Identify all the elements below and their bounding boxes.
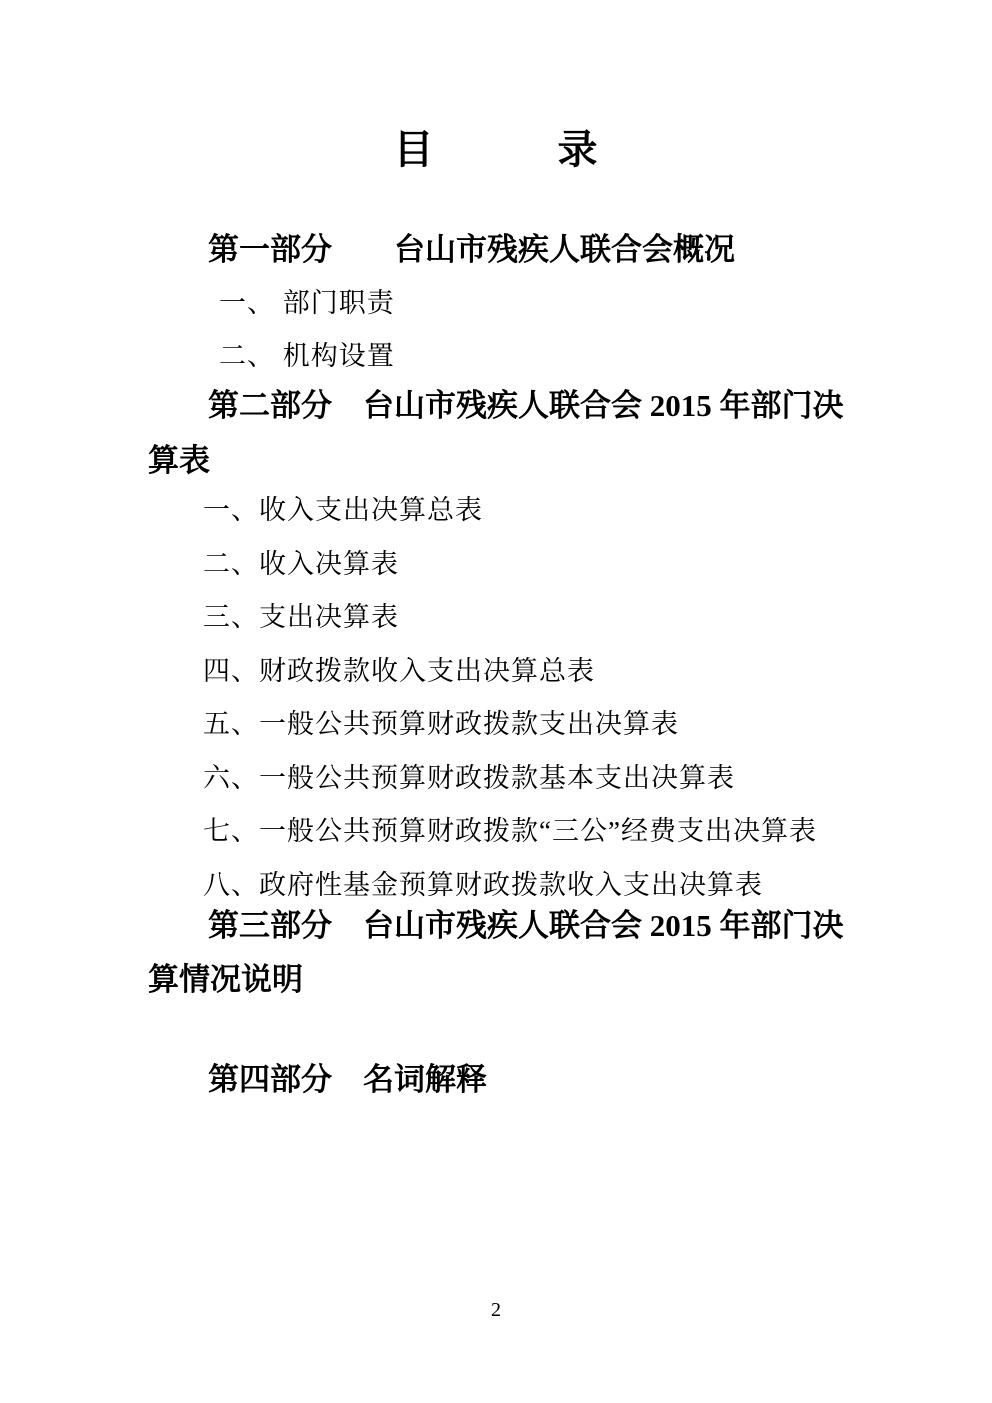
document-page: 目 录 第一部分 台山市残疾人联合会概况 一、 部门职责 二、 机构设置 第二部… (0, 0, 992, 1403)
page-number: 2 (0, 1300, 992, 1320)
part2-item-8: 八、政府性基金预算财政拨款收入支出决算表 (203, 872, 763, 899)
part2-heading-line1: 第二部分 台山市残疾人联合会 2015 年部门决 (208, 390, 844, 421)
part4-heading: 第四部分 名词解释 (208, 1064, 487, 1095)
part2-item-5: 五、一般公共预算财政拨款支出决算表 (203, 711, 679, 738)
part1-item-1: 一、 部门职责 (219, 290, 395, 317)
doc-title: 目 录 (0, 130, 992, 170)
part2-item-7: 七、一般公共预算财政拨款“三公”经费支出决算表 (203, 818, 817, 845)
part1-item-2: 二、 机构设置 (219, 343, 395, 370)
part2-item-4: 四、财政拨款收入支出决算总表 (203, 658, 595, 685)
part2-item-1: 一、收入支出决算总表 (203, 497, 483, 524)
part1-heading: 第一部分 台山市残疾人联合会概况 (208, 234, 735, 265)
part2-item-3: 三、支出决算表 (203, 604, 399, 631)
part3-heading-line2: 算情况说明 (148, 964, 303, 995)
part3-heading-line1: 第三部分 台山市残疾人联合会 2015 年部门决 (208, 910, 844, 941)
part2-item-2: 二、收入决算表 (203, 551, 399, 578)
part2-heading-line2: 算表 (148, 445, 210, 476)
part2-item-6: 六、一般公共预算财政拨款基本支出决算表 (203, 765, 735, 792)
